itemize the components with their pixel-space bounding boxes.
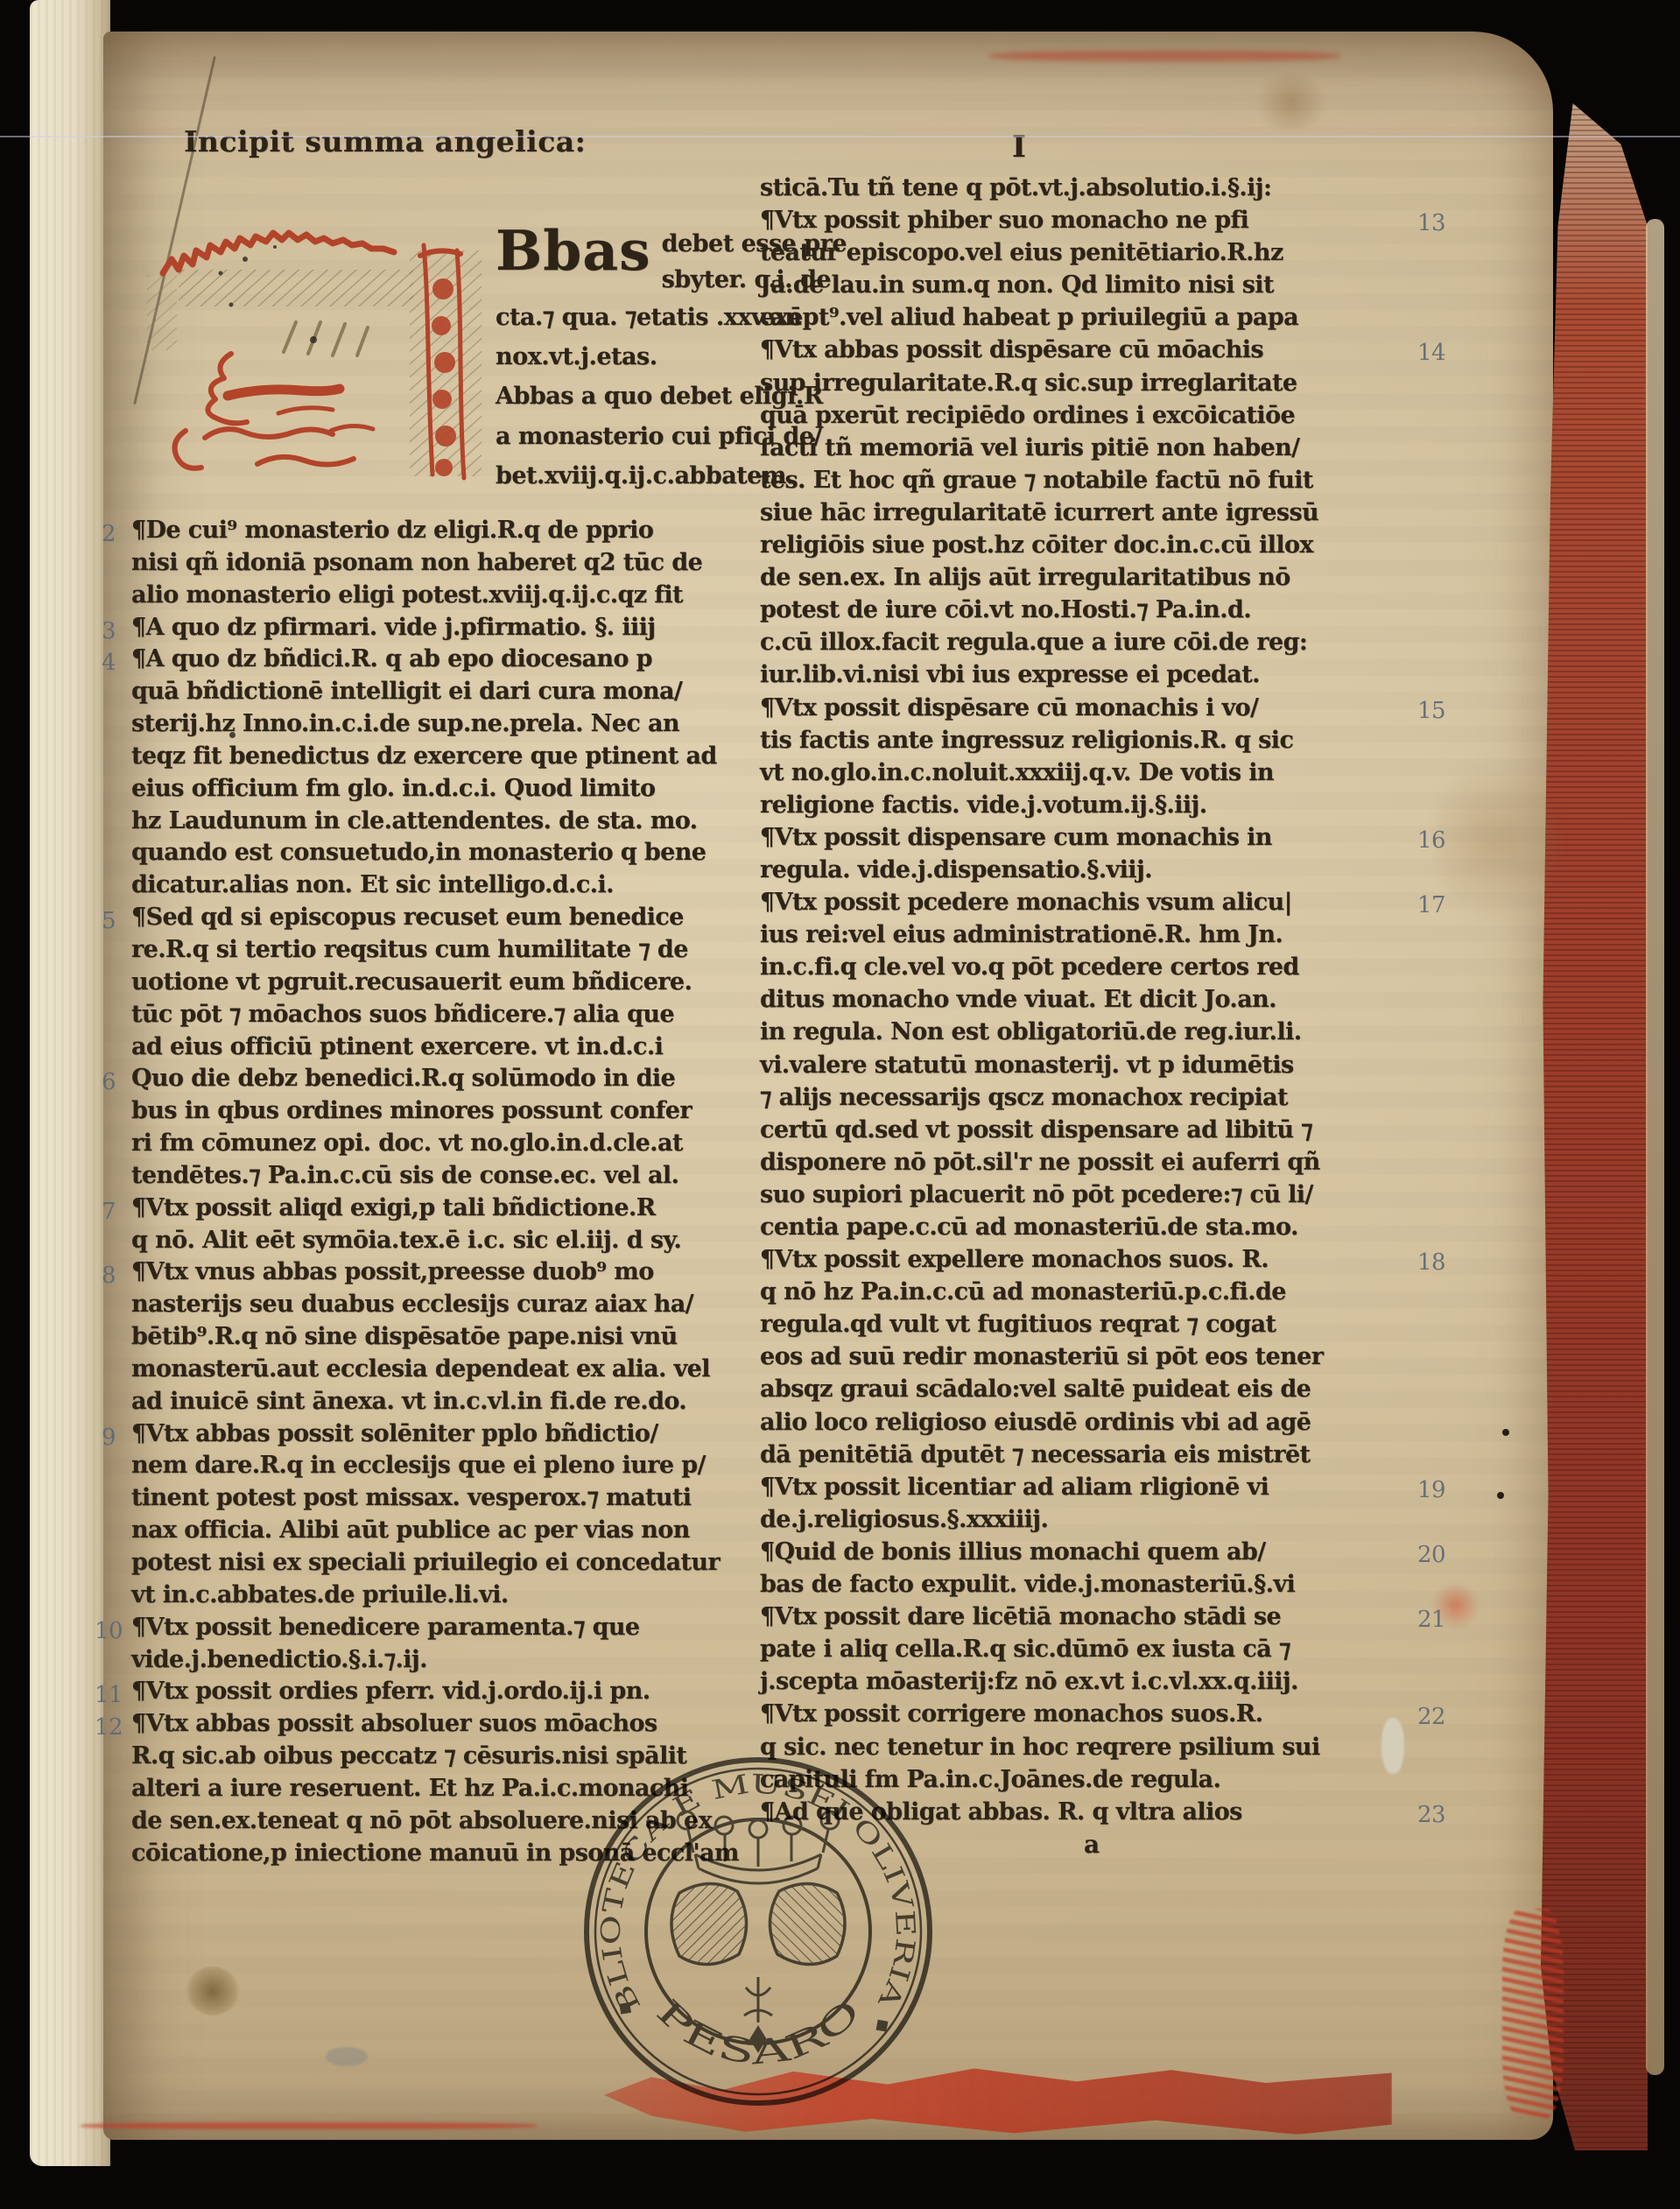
text-line: suo supiori placuerit nō pōt pcedere:⁊ c… — [760, 1178, 1396, 1211]
text-line: dicatur.alias non. Et sic intelligo.d.c.… — [131, 869, 744, 902]
line-text: centia pape.c.cū ad monasteriū.de sta.mo… — [760, 1214, 1298, 1241]
text-line: vt in.c.abbates.de priuile.li.vi. — [131, 1579, 744, 1612]
line-text: Ja.de lau.in sum.q non. Qd limito nisi s… — [760, 271, 1274, 299]
line-text: tūc pōt ⁊ mōachos suos bñdicere.⁊ alia q… — [131, 1001, 674, 1028]
text-line: hz Laudunum in cle.attendentes. de sta. … — [131, 806, 744, 838]
library-stamp-icon: BIBLIOTECA E MUSEI OLIVERIANI PESARO ◆ ◆ — [548, 1721, 968, 2142]
line-text: exēpt⁹.vel aliud habeat p priuilegiū a p… — [760, 304, 1298, 331]
margin-question-number: 10 — [89, 1615, 128, 1648]
line-text: dā penitētiā dputēt ⁊ necessaria eis mis… — [760, 1441, 1310, 1468]
text-line: quando est consuetudo,in monasterio q be… — [131, 837, 744, 869]
text-line: potest nisi ex speciali priuilegio ei co… — [131, 1547, 744, 1579]
text-line: vi.valere statutū monasterij. vt p idumē… — [760, 1049, 1396, 1081]
line-text: ius rei:vel eius administrationē.R. hm J… — [760, 921, 1283, 948]
text-line: ¶Vtx possit ordies pferr. vid.j.ordo.ij.… — [131, 1676, 744, 1708]
line-text: dicatur.alias non. Et sic intelligo.d.c.… — [131, 871, 614, 898]
line-text: nax officia. Alibi aūt publice ac per vi… — [131, 1516, 690, 1544]
line-text: ¶Vtx possit expellere monachos suos. R. — [760, 1246, 1269, 1273]
line-text: quando est consuetudo,in monasterio q be… — [131, 839, 706, 866]
text-line: vt no.glo.in.c.noluit.xxxiij.q.v. De vot… — [760, 756, 1396, 789]
text-line: ad eius officiū ptinent exercere. vt in.… — [131, 1031, 744, 1064]
page-stack-edge — [1646, 219, 1664, 2075]
line-text: re.R.q si tertio reqsitus cum humilitate… — [131, 936, 688, 963]
text-line: disponere nō pōt.sil'r ne possit ei aufe… — [760, 1146, 1396, 1178]
text-line: facti tñ memoriā vel iuris pitiē non hab… — [760, 432, 1396, 464]
line-text: ¶Vtx possit dispēsare cū monachis i vo/ — [760, 694, 1258, 721]
book-photograph: I Incipit summa angelica: — [0, 0, 1680, 2209]
stamp-shields-icon — [671, 1883, 845, 1964]
text-line: ¶Vtx abbas possit dispēsare cū mōachis14 — [760, 334, 1396, 366]
line-text: sup irregularitate.R.q sic.sup irreglari… — [760, 369, 1297, 397]
text-line: ¶A quo dz pfirmari. vide j.pfirmatio. §.… — [131, 612, 744, 644]
line-text: pate i aliq cella.R.q sic.dūmō ex iusta … — [760, 1636, 1290, 1663]
ink-dot — [1497, 1492, 1504, 1499]
line-text: vt no.glo.in.c.noluit.xxxiij.q.v. De vot… — [760, 759, 1274, 786]
text-line: vide.j.benedictio.§.i.⁊.ij. — [131, 1644, 744, 1677]
margin-question-number: 3 — [89, 616, 128, 648]
margin-question-number: 8 — [89, 1260, 128, 1292]
line-text: religione factis. vide.j.votum.ij.§.iij. — [760, 791, 1207, 819]
left-text-column: ¶De cui⁹ monasterio dz eligi.R.q de ppri… — [131, 515, 744, 1869]
red-edge-bleed — [1502, 1909, 1564, 2119]
line-text: monasterū.aut ecclesia dependeat ex alia… — [131, 1355, 710, 1382]
line-text: absqz graui scādalo:vel saltē puideat ei… — [760, 1375, 1311, 1403]
line-text: nisi qñ idoniā psonam non haberet q2 tūc… — [131, 549, 702, 576]
red-edge-smudge — [989, 51, 1339, 61]
line-text: de.j.religiosus.§.xxxiiij. — [760, 1506, 1048, 1533]
text-line: uotione vt pgruit.recusauerit eum bñdice… — [131, 967, 744, 999]
line-text: quā pxerūt recipiēdo ordines i excōicati… — [760, 402, 1295, 429]
margin-question-number: 20 — [1412, 1539, 1451, 1572]
text-line: tendētes.⁊ Pa.in.c.cū sis de conse.ec. v… — [131, 1160, 744, 1192]
red-fore-edge — [1541, 103, 1648, 2150]
margin-question-number: 7 — [89, 1196, 128, 1228]
svg-text:◆: ◆ — [869, 2013, 896, 2037]
text-line: absqz graui scādalo:vel saltē puideat ei… — [760, 1373, 1396, 1405]
line-text: de sen.ex. In alijs aūt irregularitatibu… — [760, 564, 1290, 591]
line-text: alio monasterio eligi potest.xviij.q.ij.… — [131, 581, 683, 609]
text-line: ¶Sed qd si episcopus recuset eum benedic… — [131, 902, 744, 934]
text-line: q nō hz Pa.in.c.cū ad monasteriū.p.c.fi.… — [760, 1276, 1396, 1308]
line-text: bas de facto expulit. vide.j.monasteriū.… — [760, 1571, 1295, 1598]
text-line: ditus monacho vnde viuat. Et dicit Jo.an… — [760, 983, 1396, 1016]
gray-smudge — [326, 2047, 368, 2066]
line-text: vide.j.benedictio.§.i.⁊.ij. — [131, 1646, 427, 1673]
text-line: exēpt⁹.vel aliud habeat p priuilegiū a p… — [760, 301, 1396, 334]
line-text: vi.valere statutū monasterij. vt p idumē… — [760, 1052, 1294, 1079]
line-text: j.scepta mōasterij:fz nō ex.vt i.c.vl.xx… — [760, 1668, 1298, 1695]
line-text: ¶Vtx possit benedicere paramenta.⁊ que — [131, 1614, 639, 1641]
line-text: regula. vide.j.dispensatio.§.viij. — [760, 856, 1152, 883]
text-line: ¶A quo dz bñdici.R. q ab epo diocesano p… — [131, 644, 744, 676]
folio-number: I — [1012, 130, 1026, 165]
text-line: ¶Vtx possit benedicere paramenta.⁊ que10 — [131, 1612, 744, 1644]
line-text: ¶Vtx possit aliqd exigi,p tali bñdiction… — [131, 1194, 656, 1221]
text-line: iur.lib.vi.nisi vbi ius expresse ei pced… — [760, 658, 1396, 691]
text-line: ius rei:vel eius administrationē.R. hm J… — [760, 918, 1396, 951]
line-text: certū qd.sed vt possit dispensare ad lib… — [760, 1116, 1312, 1143]
line-text: potest de iure cōi.vt no.Hosti.⁊ Pa.in.d… — [760, 596, 1251, 623]
line-text: potest nisi ex speciali priuilegio ei co… — [131, 1549, 720, 1576]
text-line: religione factis. vide.j.votum.ij.§.iij. — [760, 789, 1396, 821]
line-text: in regula. Non est obligatoriū.de reg.iu… — [760, 1018, 1302, 1045]
text-line: j.scepta mōasterij:fz nō ex.vt i.c.vl.xx… — [760, 1665, 1396, 1698]
margin-question-number: 12 — [89, 1712, 128, 1744]
line-text: tis factis ante ingressuz religionis.R. … — [760, 727, 1293, 754]
line-text: eos ad suū redir monasteriū si pōt eos t… — [760, 1343, 1323, 1370]
foxing-stain — [1252, 75, 1331, 130]
margin-question-number: 4 — [89, 647, 128, 679]
line-text: suo supiori placuerit nō pōt pcedere:⁊ c… — [760, 1181, 1313, 1208]
line-text: tendētes.⁊ Pa.in.c.cū sis de conse.ec. v… — [131, 1162, 678, 1189]
text-line: de sen.ex. In alijs aūt irregularitatibu… — [760, 561, 1396, 594]
text-line: sterij.hz Inno.in.c.i.de sup.ne.prela. N… — [131, 708, 744, 741]
text-line: centia pape.c.cū ad monasteriū.de sta.mo… — [760, 1211, 1396, 1243]
line-text: nem dare.R.q in ecclesijs que ei pleno i… — [131, 1452, 706, 1479]
text-line: regula. vide.j.dispensatio.§.viij. — [760, 854, 1396, 886]
text-line: tis factis ante ingressuz religionis.R. … — [760, 724, 1396, 756]
line-text: ¶Vtx vnus abbas possit,preesse duob⁹ mo — [131, 1258, 654, 1285]
margin-question-number: 2 — [89, 518, 128, 551]
line-text: disponere nō pōt.sil'r ne possit ei aufe… — [760, 1149, 1320, 1176]
line-text: hz Laudunum in cle.attendentes. de sta. … — [131, 807, 698, 834]
margin-question-number: 16 — [1412, 825, 1451, 857]
text-line: eos ad suū redir monasteriū si pōt eos t… — [760, 1340, 1396, 1373]
line-text: ¶Vtx possit dare licētiā monacho stādi s… — [760, 1603, 1281, 1630]
margin-question-number: 23 — [1412, 1799, 1451, 1832]
text-line: dā penitētiā dputēt ⁊ necessaria eis mis… — [760, 1439, 1396, 1471]
line-text: q nō. Alit eēt symōia.tex.ē i.c. sic el.… — [131, 1227, 681, 1254]
margin-question-number: 14 — [1412, 337, 1451, 369]
line-text: ri fm cōmunez opi. doc. vt no.glo.in.d.c… — [131, 1129, 683, 1157]
text-line: in.c.fi.q cle.vel vo.q pōt pcedere certo… — [760, 951, 1396, 983]
line-text: alio loco religioso eiusdē ordinis vbi a… — [760, 1409, 1311, 1436]
text-line: bus in qbus ordines minores possunt conf… — [131, 1095, 744, 1128]
text-line: teatur episcopo.vel eius penitētiario.R.… — [760, 236, 1396, 269]
opening-dropcap: Bbas — [496, 226, 651, 277]
text-line: tes. Et hoc qñ graue ⁊ notabile factū nō… — [760, 464, 1396, 496]
text-line: ¶Vtx vnus abbas possit,preesse duob⁹ mo8 — [131, 1256, 744, 1289]
text-line: siue hāc irregularitatē icurrert ante ig… — [760, 496, 1396, 529]
margin-question-number: 6 — [89, 1066, 128, 1099]
text-line: ¶Vtx possit expellere monachos suos. R.1… — [760, 1243, 1396, 1276]
red-bottom-edge-line — [81, 2122, 536, 2129]
text-line: ¶Vtx possit aliqd exigi,p tali bñdiction… — [131, 1192, 744, 1225]
margin-question-number: 22 — [1412, 1701, 1451, 1734]
text-line: q nō. Alit eēt symōia.tex.ē i.c. sic el.… — [131, 1225, 744, 1257]
text-line: ¶De cui⁹ monasterio dz eligi.R.q de ppri… — [131, 515, 744, 547]
text-line: eius officium fm glo. in.d.c.i. Quod lim… — [131, 773, 744, 806]
text-line: Ja.de lau.in sum.q non. Qd limito nisi s… — [760, 269, 1396, 301]
text-line: teqz fit benedictus dz exercere que ptin… — [131, 741, 744, 773]
ink-dot — [1502, 1429, 1509, 1436]
line-text: nasterijs seu duabus ecclesijs curaz aia… — [131, 1291, 693, 1318]
line-text: ¶A quo dz pfirmari. vide j.pfirmatio. §.… — [131, 614, 656, 641]
margin-question-number: 11 — [89, 1679, 128, 1712]
line-text: iur.lib.vi.nisi vbi ius expresse ei pced… — [760, 661, 1260, 688]
line-text: teatur episcopo.vel eius penitētiario.R.… — [760, 239, 1283, 266]
foxing-stain — [1436, 744, 1558, 937]
line-text: regula.qd vult vt fugitiuos reqrat ⁊ cog… — [760, 1311, 1276, 1338]
line-text: ad inuicē sint ānexa. vt in.c.vl.in fi.d… — [131, 1388, 686, 1415]
text-line: religiōis siue post.hz cōiter doc.in.c.c… — [760, 529, 1396, 561]
text-line: monasterū.aut ecclesia dependeat ex alia… — [131, 1354, 744, 1386]
text-line: Quo die debz benedici.R.q solūmodo in di… — [131, 1063, 744, 1095]
line-text: tinent potest post missax. vesperox.⁊ ma… — [131, 1484, 691, 1511]
line-text: ¶Vtx possit licentiar ad aliam rligionē … — [760, 1474, 1269, 1501]
svg-text:BIBLIOTECA E MUSEI OLIVERIANI: BIBLIOTECA E MUSEI OLIVERIANI — [548, 1721, 921, 2017]
line-text: ¶Vtx possit dispensare cum monachis in — [760, 824, 1272, 851]
text-line: certū qd.sed vt possit dispensare ad lib… — [760, 1114, 1396, 1146]
margin-question-number: 13 — [1412, 208, 1451, 240]
line-text: ¶Sed qd si episcopus recuset eum benedic… — [131, 904, 684, 931]
text-line: quā bñdictionē intelligit ei dari cura m… — [131, 676, 744, 708]
text-line: nasterijs seu duabus ecclesijs curaz aia… — [131, 1289, 744, 1321]
page-title: Incipit summa angelica: — [184, 124, 586, 158]
line-text: ¶Vtx possit phiber suo monacho ne pfi — [760, 207, 1248, 234]
line-text: c.cū illox.facit regula.que a iure cōi.d… — [760, 629, 1307, 656]
text-line: nisi qñ idoniā psonam non haberet q2 tūc… — [131, 547, 744, 580]
decorated-initial-icon — [147, 224, 490, 491]
text-line: ¶Vtx possit phiber suo monacho ne pfi13 — [760, 204, 1396, 236]
line-text: ⁊ alijs necessarijs qscz monachox recipi… — [760, 1084, 1288, 1111]
line-text: ¶Vtx abbas possit solēniter pplo bñdicti… — [131, 1420, 658, 1447]
text-line: tinent potest post missax. vesperox.⁊ ma… — [131, 1482, 744, 1515]
margin-question-number: 21 — [1412, 1604, 1451, 1636]
line-text: ¶Vtx abbas possit dispēsare cū mōachis — [760, 336, 1263, 363]
line-text: ¶Vtx possit ordies pferr. vid.j.ordo.ij.… — [131, 1678, 650, 1705]
text-line: alio loco religioso eiusdē ordinis vbi a… — [760, 1406, 1396, 1439]
text-line: nem dare.R.q in ecclesijs que ei pleno i… — [131, 1450, 744, 1482]
line-text: sterij.hz Inno.in.c.i.de sup.ne.prela. N… — [131, 710, 679, 737]
text-line: in regula. Non est obligatoriū.de reg.iu… — [760, 1016, 1396, 1048]
text-line: de.j.religiosus.§.xxxiiij. — [760, 1503, 1396, 1536]
line-text: ¶Quid de bonis illius monachi quem ab/ — [760, 1538, 1265, 1565]
text-line: ¶Vtx possit dispensare cum monachis in16 — [760, 821, 1396, 854]
line-text: Quo die debz benedici.R.q solūmodo in di… — [131, 1065, 675, 1092]
text-line: ¶Vtx possit dare licētiā monacho stādi s… — [760, 1600, 1396, 1633]
text-line: ¶Vtx abbas possit solēniter pplo bñdicti… — [131, 1418, 744, 1451]
margin-question-number: 9 — [89, 1422, 128, 1454]
text-line: regula.qd vult vt fugitiuos reqrat ⁊ cog… — [760, 1308, 1396, 1340]
text-line: ⁊ alijs necessarijs qscz monachox recipi… — [760, 1081, 1396, 1114]
text-line: nax officia. Alibi aūt publice ac per vi… — [131, 1515, 744, 1547]
line-text: facti tñ memoriā vel iuris pitiē non hab… — [760, 434, 1299, 461]
text-line: re.R.q si tertio reqsitus cum humilitate… — [131, 934, 744, 967]
line-text: vt in.c.abbates.de priuile.li.vi. — [131, 1581, 509, 1608]
text-line: bētib⁹.R.q nō sine dispēsatōe pape.nisi … — [131, 1321, 744, 1354]
margin-question-number: 18 — [1412, 1247, 1451, 1279]
line-text: bētib⁹.R.q nō sine dispēsatōe pape.nisi … — [131, 1323, 678, 1350]
text-line: bas de facto expulit. vide.j.monasteriū.… — [760, 1568, 1396, 1600]
line-text: sticā.Tu tñ tene q pōt.vt.j.absolutio.i.… — [760, 174, 1271, 201]
line-text: ad eius officiū ptinent exercere. vt in.… — [131, 1033, 663, 1060]
text-line: ad inuicē sint ānexa. vt in.c.vl.in fi.d… — [131, 1386, 744, 1418]
scanner-artifact-line — [0, 136, 1680, 137]
ink-stain — [186, 1966, 240, 2016]
text-line: alio monasterio eligi potest.xviij.q.ij.… — [131, 580, 744, 612]
margin-question-number: 15 — [1412, 695, 1451, 728]
text-line: sticā.Tu tñ tene q pōt.vt.j.absolutio.i.… — [760, 172, 1396, 204]
line-text: bus in qbus ordines minores possunt conf… — [131, 1097, 692, 1124]
text-line: pate i aliq cella.R.q sic.dūmō ex iusta … — [760, 1633, 1396, 1665]
line-text: uotione vt pgruit.recusauerit eum bñdice… — [131, 968, 692, 995]
text-line: c.cū illox.facit regula.que a iure cōi.d… — [760, 626, 1396, 658]
text-line: potest de iure cōi.vt no.Hosti.⁊ Pa.in.d… — [760, 594, 1396, 626]
margin-question-number: 5 — [89, 905, 128, 938]
line-text: siue hāc irregularitatē icurrert ante ig… — [760, 499, 1318, 526]
text-line: ¶Vtx possit pcedere monachis vsum alicu|… — [760, 886, 1396, 918]
text-line: tūc pōt ⁊ mōachos suos bñdicere.⁊ alia q… — [131, 999, 744, 1031]
signature-mark: a — [1084, 1830, 1100, 1859]
line-text: q nō hz Pa.in.c.cū ad monasteriū.p.c.fi.… — [760, 1278, 1286, 1305]
line-text: ¶A quo dz bñdici.R. q ab epo diocesano p — [131, 645, 652, 672]
line-text: ¶Vtx possit pcedere monachis vsum alicu| — [760, 889, 1292, 916]
stamp-crown-icon — [678, 1812, 839, 1883]
line-text: ¶De cui⁹ monasterio dz eligi.R.q de ppri… — [131, 517, 653, 544]
line-text: quā bñdictionē intelligit ei dari cura m… — [131, 678, 682, 705]
line-text: in.c.fi.q cle.vel vo.q pōt pcedere certo… — [760, 953, 1299, 981]
line-text: eius officium fm glo. in.d.c.i. Quod lim… — [131, 775, 655, 802]
text-line: ¶Vtx possit licentiar ad aliam rligionē … — [760, 1471, 1396, 1503]
text-line: sup irregularitate.R.q sic.sup irreglari… — [760, 367, 1396, 399]
line-text: teqz fit benedictus dz exercere que ptin… — [131, 742, 717, 770]
text-line: ¶Quid de bonis illius monachi quem ab/20 — [760, 1536, 1396, 1568]
margin-question-number: 17 — [1412, 890, 1451, 922]
margin-question-number: 19 — [1412, 1474, 1451, 1507]
text-line: ri fm cōmunez opi. doc. vt no.glo.in.d.c… — [131, 1128, 744, 1160]
line-text: tes. Et hoc qñ graue ⁊ notabile factū nō… — [760, 467, 1313, 494]
right-text-column: sticā.Tu tñ tene q pōt.vt.j.absolutio.i.… — [760, 172, 1396, 1828]
text-line: quā pxerūt recipiēdo ordines i excōicati… — [760, 399, 1396, 432]
text-line: ¶Vtx possit dispēsare cū monachis i vo/1… — [760, 692, 1396, 724]
line-text: ditus monacho vnde viuat. Et dicit Jo.an… — [760, 986, 1276, 1013]
line-text: religiōis siue post.hz cōiter doc.in.c.c… — [760, 531, 1313, 559]
